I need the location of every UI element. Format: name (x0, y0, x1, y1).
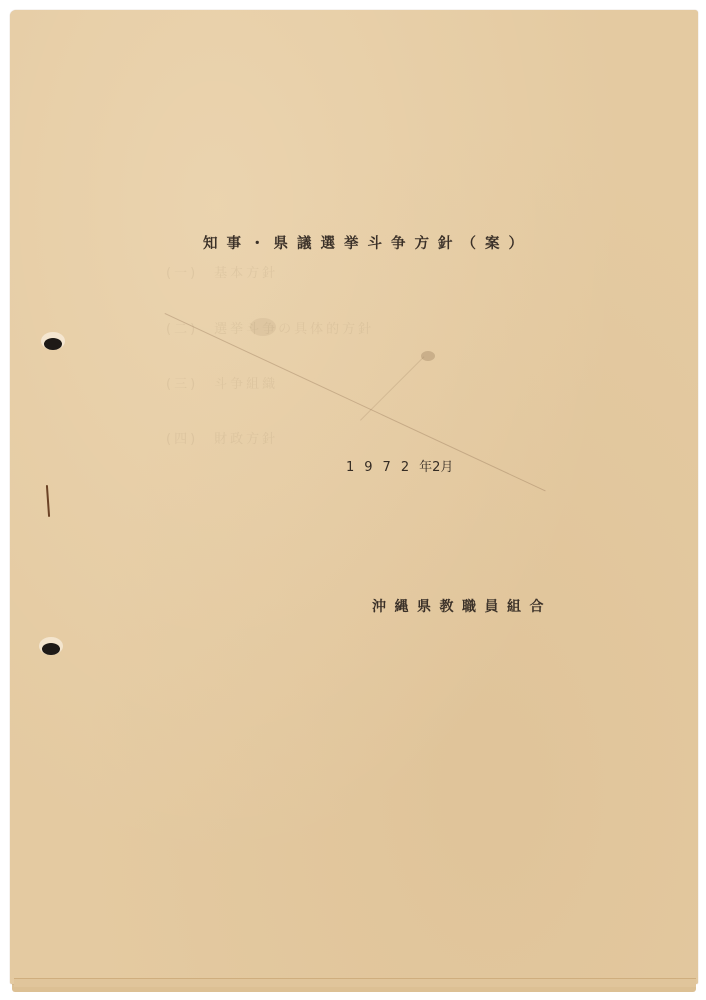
paper-stain (250, 318, 276, 336)
bleed-through-line: (三) 斗争組織 (166, 373, 278, 392)
document-date: 1972年2月 (346, 456, 453, 475)
date-month-suffix: 月 (440, 460, 453, 475)
paper-bottom-edge (14, 978, 696, 987)
binding-hole-bottom (42, 643, 60, 655)
paper-sheet (10, 10, 698, 984)
binding-hole-top (44, 338, 62, 350)
document-title: 知事・県議選挙斗争方針（案） (203, 232, 532, 253)
bleed-through-line: (一) 基本方針 (166, 262, 278, 281)
date-year: 1972 (346, 460, 419, 475)
date-year-suffix: 年 (419, 460, 432, 475)
paper-stain (421, 351, 435, 361)
bleed-through-line: (四) 財政方針 (166, 428, 278, 447)
document-organization: 沖縄県教職員組合 (372, 596, 552, 616)
